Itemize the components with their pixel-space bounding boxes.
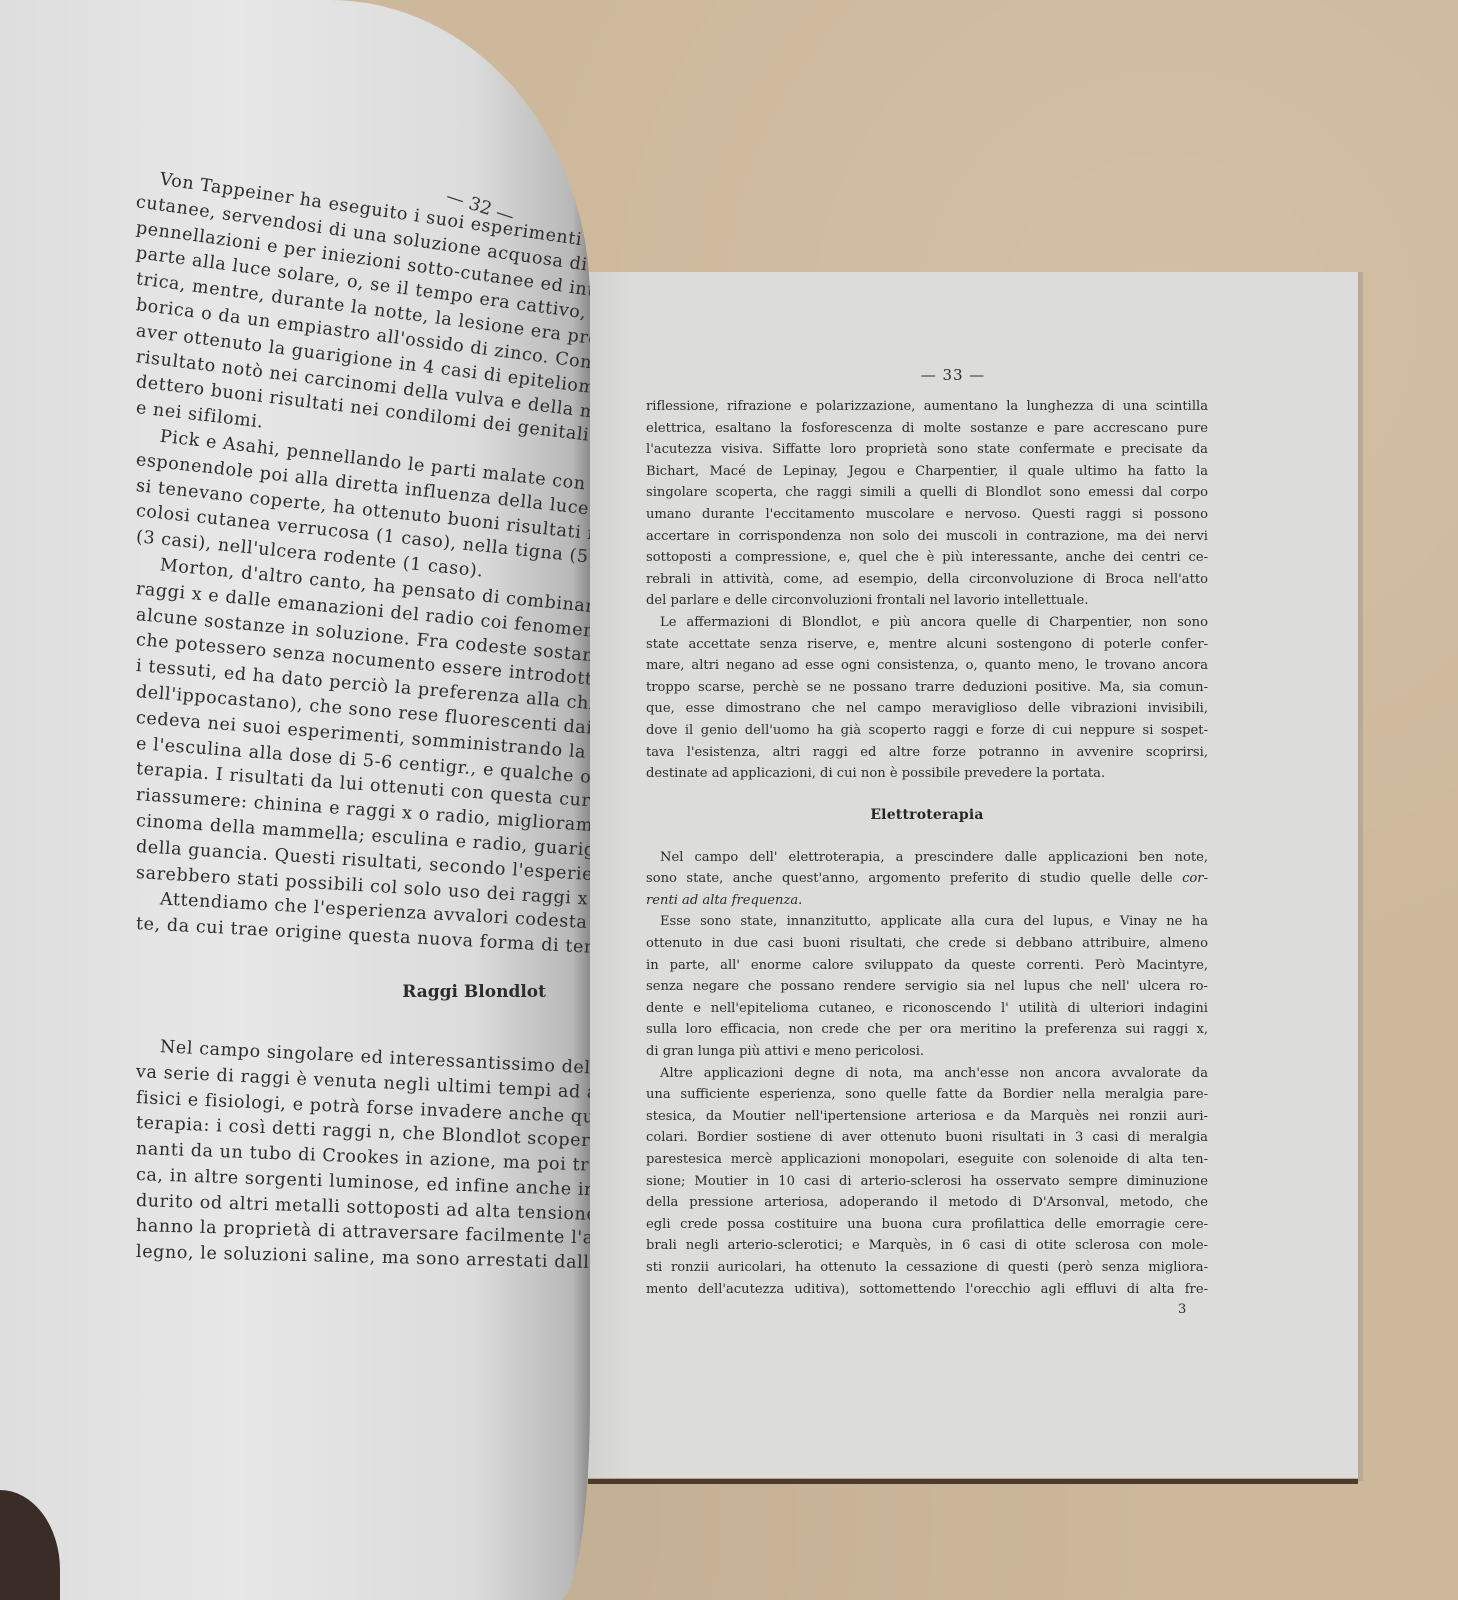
text-line: umano durante l'eccitamento muscolare e … [646,504,1208,526]
text-line: sottoposti a compressione, e, quel che è… [646,547,1208,569]
text-line: accertare in corrispondenza non solo dei… [646,526,1208,548]
left-page: — 32 — Von Tappeiner ha eseguito i suoi … [0,0,590,1600]
right-page: — 33 — riflessione, rifrazione e polariz… [588,272,1358,1478]
text-line: mento dell'acutezza uditiva), sottomette… [646,1279,1208,1301]
text-line: Nel campo dell' elettroterapia, a presci… [646,847,1208,869]
text-line: elettrica, esaltano la fosforescenza di … [646,418,1208,440]
page-number-33: — 33 — [588,366,1318,384]
paragraph-3: Nel campo dell' elettroterapia, a presci… [646,847,1208,912]
text-line: brali negli arterio-sclerotici; e Marquè… [646,1235,1208,1257]
text-line: ottenuto in due casi buoni risultati, ch… [646,933,1208,955]
italic-span: cor- [1182,871,1208,886]
text-line: senza negare che possano rendere servigi… [646,976,1208,998]
text-line: mare, altri negano ad esse ogni consiste… [646,655,1208,677]
text-line: l'acutezza visiva. Siffatte loro proprie… [646,439,1208,461]
text-line: Altre applicazioni degne di nota, ma anc… [646,1063,1208,1085]
text-line: colari. Bordier sostiene di aver ottenut… [646,1127,1208,1149]
text-line: egli crede possa costituire una buona cu… [646,1214,1208,1236]
text-line: singolare scoperta, che raggi simili a q… [646,482,1208,504]
text-line: rebrali in attività, come, ad esempio, d… [646,569,1208,591]
text-line: in parte, all' enorme calore sviluppato … [646,955,1208,977]
text-line: que, esse dimostrano che nel campo merav… [646,698,1208,720]
text-line: tava l'esistenza, altri raggi ed altre f… [646,742,1208,764]
paragraph-1: riflessione, rifrazione e polarizzazione… [646,396,1208,612]
paragraph-5: Altre applicazioni degne di nota, ma anc… [646,1063,1208,1301]
paragraph-2: Le affermazioni di Blondlot, e più ancor… [646,612,1208,785]
text-line: sono state, anche quest'anno, argomento … [646,868,1208,890]
signature-mark: 3 [1178,1302,1186,1317]
text-line: state accettate senza riserve, e, mentre… [646,634,1208,656]
text-line: una sufficiente esperienza, sono quelle … [646,1084,1208,1106]
text-line: sulla loro efficacia, non crede che per … [646,1019,1208,1041]
text-line: renti ad alta frequenza. [646,890,1208,912]
section-heading-raggi-blondlot: Raggi Blondlot [136,962,586,1022]
page-bottom-edge [588,1479,1358,1484]
text-line: Le affermazioni di Blondlot, e più ancor… [646,612,1208,634]
section-heading-elettroterapia: Elettroterapia [646,795,1208,835]
left-page-body: Von Tappeiner ha eseguito i suoi esperim… [136,164,586,1266]
text-span: sono state, anche quest'anno, argomento … [646,871,1182,886]
text-line: parestesica mercè applicazioni monopolar… [646,1149,1208,1171]
paragraph-4: Esse sono state, innanzitutto, applicate… [646,911,1208,1062]
page-side-edge [1358,272,1363,1481]
text-line: Esse sono state, innanzitutto, applicate… [646,911,1208,933]
text-line: dove il genio dell'uomo ha già scoperto … [646,720,1208,742]
text-line: del parlare e delle circonvoluzioni fron… [646,590,1208,612]
table-surface: — 33 — riflessione, rifrazione e polariz… [0,0,1458,1600]
text-line: Bichart, Macé de Lepinay, Jegou e Charpe… [646,461,1208,483]
text-line: della pressione arteriosa, adoperando il… [646,1192,1208,1214]
text-line: troppo scarse, perchè se ne possano trar… [646,677,1208,699]
text-line: di gran lunga più attivi e meno pericolo… [646,1041,1208,1063]
right-page-body: riflessione, rifrazione e polarizzazione… [646,396,1208,1300]
text-line: destinate ad applicazioni, di cui non è … [646,763,1208,785]
text-line: sti ronzii auricolari, ha ottenuto la ce… [646,1257,1208,1279]
text-line: sione; Moutier in 10 casi di arterio-scl… [646,1171,1208,1193]
text-line: stesica, da Moutier nell'ipertensione ar… [646,1106,1208,1128]
text-line: dente e nell'epitelioma cutaneo, e ricon… [646,998,1208,1020]
text-line: riflessione, rifrazione e polarizzazione… [646,396,1208,418]
